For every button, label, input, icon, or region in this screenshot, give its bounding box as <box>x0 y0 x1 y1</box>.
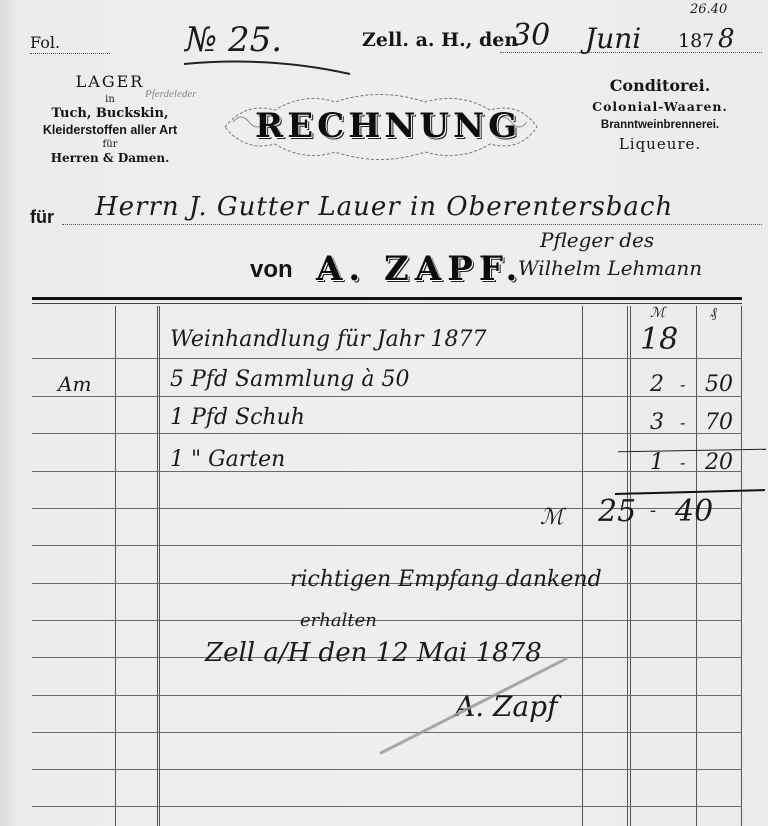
ledger-col-line <box>741 306 742 826</box>
ledger-item-desc: 1 " Garten <box>170 447 285 472</box>
ledger-dash: - <box>650 500 656 521</box>
left-line-fuer: für <box>30 139 190 150</box>
pencil-note: Pferdeleder <box>145 88 197 100</box>
fol-label: Fol. <box>30 33 60 52</box>
left-line-kleiderstoffen: Kleiderstoffen aller Art <box>30 123 190 137</box>
rechnung-banner: RECHNUNG <box>215 82 545 172</box>
right-line-colonial: Colonial-Waaren. <box>560 99 760 114</box>
ledger-item-desc: 5 Pfd Sammlung à 50 <box>170 367 409 392</box>
ledger-row-line <box>32 358 742 359</box>
ledger-col-line <box>627 306 628 826</box>
corner-note: 26.40 <box>690 2 727 17</box>
ledger-item-pf: 50 <box>705 372 733 397</box>
ledger-item-mark: 3 <box>650 410 664 435</box>
ledger-row-line <box>32 620 742 621</box>
ledger-row-line <box>32 695 742 696</box>
ledger-item-mark: 2 <box>650 372 664 397</box>
ledger-row-line <box>32 769 742 770</box>
von-label: von <box>250 256 293 284</box>
fol-dotted-line <box>30 53 110 54</box>
left-line-tuch: Tuch, Buckskin, <box>30 106 190 121</box>
header-thin-rule <box>32 303 742 304</box>
date-month: Juni <box>585 22 641 55</box>
recipient-name-cont1: Pfleger des <box>540 228 654 252</box>
mark-column-header: ℳ <box>650 305 665 321</box>
date-year-handwritten: 8 <box>718 24 735 54</box>
fuer-label: für <box>30 207 54 228</box>
receipt-place-date: Zell a/H den 12 Mai 1878 <box>205 638 542 668</box>
ledger-col-line <box>159 306 160 826</box>
ledger-item-mark: 18 <box>640 322 678 357</box>
right-line-conditorei: Conditorei. <box>560 76 760 95</box>
left-line-herren-damen: Herren & Damen. <box>30 151 190 165</box>
recipient-dotted-line <box>62 224 762 225</box>
recipient-name: Herrn J. Gutter Lauer in Oberentersbach <box>95 192 673 222</box>
seller-name: A. ZAPF. <box>316 249 523 289</box>
ledger-item-pf: 20 <box>705 450 733 475</box>
rechnung-title: RECHNUNG <box>255 106 521 146</box>
side-note: Am <box>58 372 91 396</box>
total-pf: 40 <box>675 494 713 529</box>
ledger-row-line <box>32 732 742 733</box>
total-mark: 25 <box>598 494 636 529</box>
ledger-item-desc: Weinhandlung für Jahr 1877 <box>170 327 486 352</box>
right-line-liqueure: Liqueure. <box>560 135 760 153</box>
ledger-row-line <box>32 471 742 472</box>
ledger-row-line <box>32 806 742 807</box>
invoice-paper: Fol. № 25. Zell. a. H., den 30 Juni 187 … <box>0 0 768 826</box>
place-date-label: Zell. a. H., den <box>362 29 518 51</box>
ledger-row-line <box>32 396 742 397</box>
pf-column-header: ₰ <box>710 305 717 322</box>
total-prefix: ℳ <box>540 505 564 530</box>
ledger-col-line <box>115 306 116 826</box>
ledger-item-desc: 1 Pfd Schuh <box>170 405 305 430</box>
header-heavy-rule <box>32 297 742 300</box>
ledger-row-line <box>32 545 742 546</box>
date-year-printed: 187 <box>678 30 714 52</box>
recipient-name-cont2: Wilhelm Lehmann <box>518 256 702 280</box>
right-block: Conditorei. Colonial-Waaren. Branntweinb… <box>560 76 760 153</box>
ledger-col-line <box>630 306 631 826</box>
ledger-item-mark: 1 <box>650 450 664 475</box>
ledger-dash: - <box>680 375 685 394</box>
date-day: 30 <box>512 18 550 53</box>
ledger-dash: - <box>680 413 685 432</box>
ledger-col-line <box>157 306 158 826</box>
right-line-branntwein: Branntweinbrennerei. <box>560 119 760 131</box>
receipt-line-2: erhalten <box>300 610 377 631</box>
ledger-dash: - <box>680 453 685 472</box>
ledger-col-line <box>696 306 697 826</box>
ledger-item-pf: 70 <box>705 410 733 435</box>
ledger-row-line <box>32 433 742 434</box>
number-underline-flourish <box>180 52 360 78</box>
ledger-col-line <box>582 306 583 826</box>
receipt-line-1: richtigen Empfang dankend <box>290 567 602 592</box>
left-block: LAGER in Tuch, Buckskin, Kleiderstoffen … <box>30 72 190 165</box>
subtotal-rule <box>618 449 766 453</box>
